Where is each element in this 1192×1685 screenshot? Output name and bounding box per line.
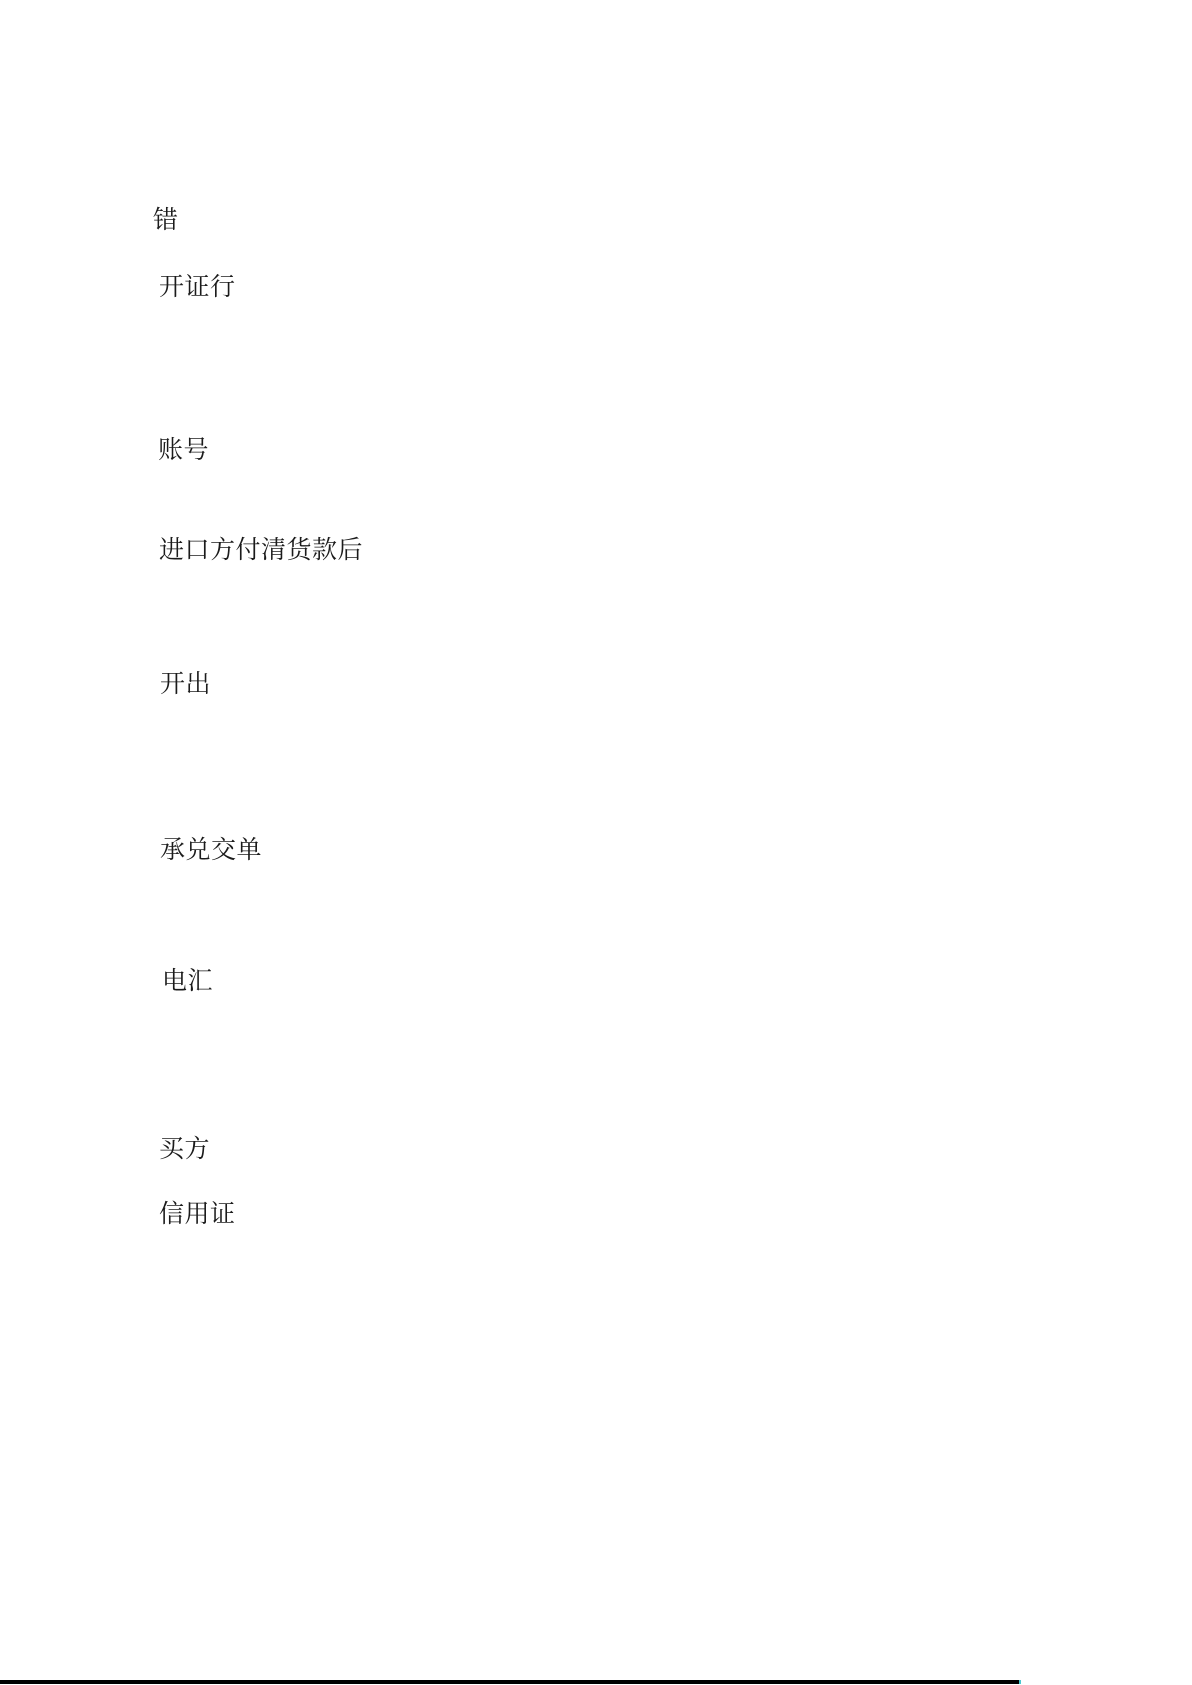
doc-text-line: 承兑交单: [160, 837, 262, 864]
doc-text-line: 账号: [158, 437, 209, 464]
doc-text-line: 开出: [160, 671, 211, 698]
doc-text-line: 买方: [159, 1136, 210, 1163]
doc-text-line: 错: [153, 207, 179, 234]
doc-text-line: 信用证: [159, 1201, 236, 1228]
page-bottom-rule: [0, 1680, 1019, 1684]
doc-text-line: 开证行: [159, 274, 236, 301]
document-page: 错 开证行 账号 进口方付清货款后 开出 承兑交单 电汇 买方 信用证: [0, 0, 1192, 1685]
doc-text-line: 进口方付清货款后: [159, 537, 363, 564]
doc-text-line: 电汇: [162, 968, 213, 995]
rule-end-artifact: [1019, 1680, 1021, 1684]
